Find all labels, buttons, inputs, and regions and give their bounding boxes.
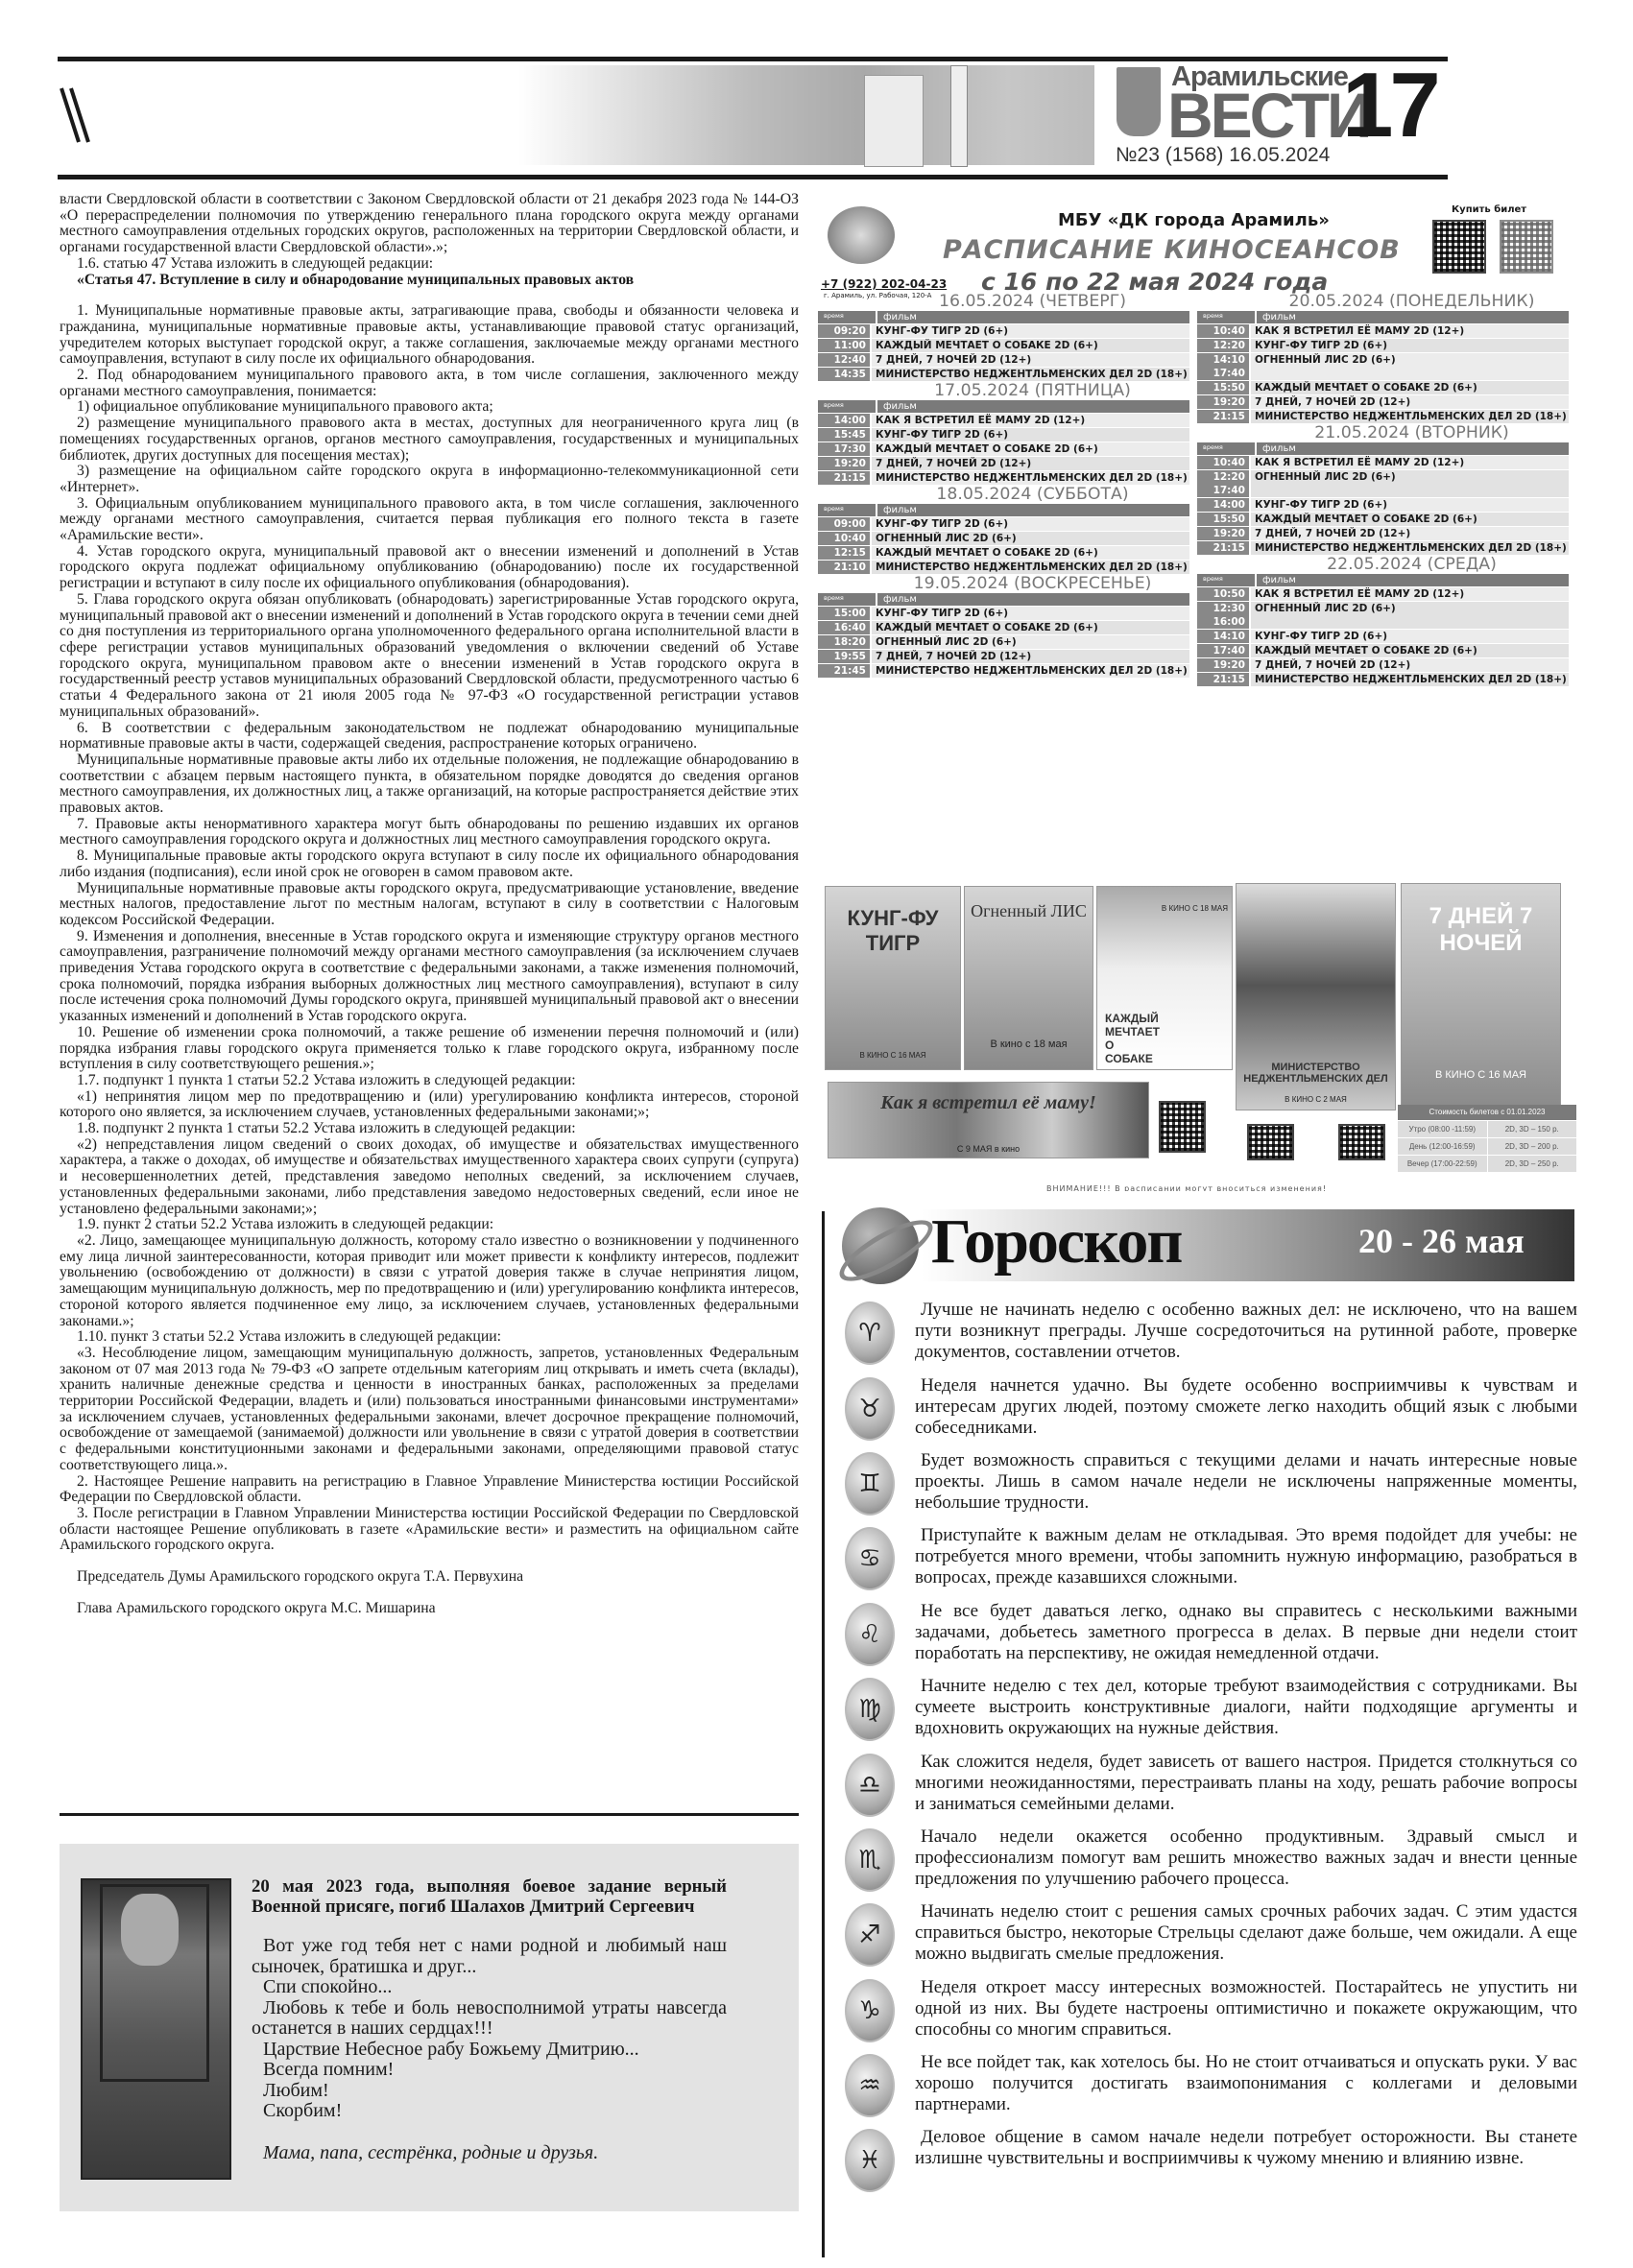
horoscope-text: Будет возможность справиться с текущими … bbox=[915, 1450, 1577, 1514]
film-title: ОГНЕННЫЙ ЛИС 2D (6+) bbox=[1249, 353, 1569, 380]
article-paragraph: 1.7. подпункт 1 пункта 1 статьи 52.2 Уст… bbox=[60, 1073, 799, 1089]
schedule-day-title: 20.05.2024 (ПОНЕДЕЛЬНИК) bbox=[1197, 293, 1569, 311]
schedule-row: 18:20ОГНЕННЫЙ ЛИС 2D (6+) bbox=[818, 635, 1189, 649]
price-value: 2D, 3D – 250 р. bbox=[1488, 1156, 1577, 1172]
showtime: 10:40 bbox=[818, 532, 870, 545]
buy-ticket-qr-code-2[interactable] bbox=[1500, 220, 1553, 274]
decorative-slashes-icon bbox=[60, 86, 117, 144]
article-paragraph: власти Свердловской области в соответств… bbox=[60, 192, 799, 256]
schedule-title: РАСПИСАНИЕ КИНОСЕАНСОВ bbox=[943, 235, 1401, 265]
horoscope-text: Приступайте к важным делам не откладывая… bbox=[915, 1525, 1577, 1588]
schedule-day-title: 21.05.2024 (ВТОРНИК) bbox=[1197, 424, 1569, 442]
time-column-header: время bbox=[1197, 442, 1255, 455]
showtime: 19:55 bbox=[818, 650, 870, 663]
price-value: 2D, 3D – 200 р. bbox=[1488, 1138, 1577, 1155]
film-title: ОГНЕННЫЙ ЛИС 2D (6+) bbox=[870, 532, 1189, 545]
poster-caption: С 9 МАЯ в кино bbox=[832, 1144, 1144, 1154]
film-title: КАЖДЫЙ МЕЧТАЕТ О СОБАКЕ 2D (6+) bbox=[1249, 381, 1569, 394]
memorial-line: Любим! bbox=[252, 2081, 727, 2102]
film-title: 7 ДНЕЙ, 7 НОЧЕЙ 2D (12+) bbox=[1249, 658, 1569, 672]
showtime: 19:20 bbox=[1197, 527, 1249, 540]
buy-ticket-label: Купить билет bbox=[1452, 204, 1526, 215]
article-paragraph: 1.8. подпункт 2 пункта 1 статьи 52.2 Уст… bbox=[60, 1121, 799, 1137]
leo-icon: ♌ bbox=[845, 1603, 895, 1666]
film-title: МИНИСТЕРСТВО НЕДЖЕНТЛЬМЕНСКИХ ДЕЛ 2D (18… bbox=[870, 471, 1189, 485]
virgo-icon: ♍ bbox=[845, 1678, 895, 1741]
memorial-photo bbox=[81, 1878, 231, 2180]
showtime: 15:45 bbox=[818, 428, 870, 442]
film-title: КУНГ-ФУ ТИГР 2D (6+) bbox=[870, 607, 1189, 620]
schedule-row: 21:15МИНИСТЕРСТВО НЕДЖЕНТЛЬМЕНСКИХ ДЕЛ 2… bbox=[1197, 673, 1569, 686]
charter-amendment-article: власти Свердловской области в соответств… bbox=[60, 192, 799, 1616]
schedule-header-row: времяфильм bbox=[1197, 574, 1569, 586]
film-title: МИНИСТЕРСТВО НЕДЖЕНТЛЬМЕНСКИХ ДЕЛ 2D (18… bbox=[870, 368, 1189, 381]
article-paragraph: 3. Официальным опубликованием муниципаль… bbox=[60, 496, 799, 544]
showtime: 19:20 bbox=[1197, 658, 1249, 672]
schedule-row: 17:40КАЖДЫЙ МЕЧТАЕТ О СОБАКЕ 2D (6+) bbox=[1197, 644, 1569, 657]
memorial-notice: 20 мая 2023 года, выполняя боевое задани… bbox=[60, 1844, 799, 2211]
schedule-row: 12:20КУНГ-ФУ ТИГР 2D (6+) bbox=[1197, 339, 1569, 352]
article-paragraph: Муниципальные нормативные правовые акты … bbox=[60, 752, 799, 817]
film-title: КАЖДЫЙ МЕЧТАЕТ О СОБАКЕ 2D (6+) bbox=[870, 339, 1189, 352]
film-title: КАК Я ВСТРЕТИЛ ЕЁ МАМУ 2D (12+) bbox=[1249, 587, 1569, 601]
article-paragraph: 8. Муниципальные правовые акты городског… bbox=[60, 848, 799, 880]
film-title: 7 ДНЕЙ, 7 НОЧЕЙ 2D (12+) bbox=[1249, 527, 1569, 540]
film-title: КАЖДЫЙ МЕЧТАЕТ О СОБАКЕ 2D (6+) bbox=[870, 546, 1189, 560]
schedule-row: 14:10КУНГ-ФУ ТИГР 2D (6+) bbox=[1197, 630, 1569, 643]
schedule-row: 14:10 17:40ОГНЕННЫЙ ЛИС 2D (6+) bbox=[1197, 353, 1569, 380]
schedule-column-right: 20.05.2024 (ПОНЕДЕЛЬНИК)времяфильм10:40К… bbox=[1197, 293, 1569, 687]
film-title: МИНИСТЕРСТВО НЕДЖЕНТЛЬМЕНСКИХ ДЕЛ 2D (18… bbox=[870, 664, 1189, 678]
schedule-row: 16:40КАЖДЫЙ МЕЧТАЕТ О СОБАКЕ 2D (6+) bbox=[818, 621, 1189, 634]
schedule-header-row: времяфильм bbox=[818, 400, 1189, 413]
poster-title: 7 ДНЕЙ 7 НОЧЕЙ bbox=[1405, 903, 1556, 957]
schedule-row: 10:40ОГНЕННЫЙ ЛИС 2D (6+) bbox=[818, 532, 1189, 545]
showtime: 16:40 bbox=[818, 621, 870, 634]
article-paragraph: 5. Глава городского округа обязан опубли… bbox=[60, 592, 799, 721]
panorama-cinema-logo bbox=[828, 206, 895, 264]
schedule-header-row: времяфильм bbox=[1197, 311, 1569, 323]
article-paragraph: 3) размещение на официальном сайте город… bbox=[60, 464, 799, 495]
schedule-row: 10:50КАК Я ВСТРЕТИЛ ЕЁ МАМУ 2D (12+) bbox=[1197, 587, 1569, 601]
film-column-header: фильм bbox=[1255, 442, 1569, 455]
showtime: 21:15 bbox=[1197, 673, 1249, 686]
showtime: 12:30 16:00 bbox=[1197, 602, 1249, 629]
article-paragraph: 6. В соответствии с федеральным законода… bbox=[60, 721, 799, 752]
taurus-icon: ♉ bbox=[845, 1377, 895, 1441]
pisces-icon: ♓ bbox=[845, 2129, 895, 2192]
showtime: 18:20 bbox=[818, 635, 870, 649]
showtime: 14:00 bbox=[1197, 498, 1249, 512]
article-paragraph: 1) официальное опубликование муниципальн… bbox=[60, 399, 799, 416]
issue-number: №23 (1568) 16.05.2024 bbox=[1116, 144, 1330, 167]
price-period: День (12:00-16:59) bbox=[1398, 1138, 1487, 1155]
aries-icon: ♈ bbox=[845, 1301, 895, 1365]
poster-title: Как я встретил её маму! bbox=[832, 1092, 1144, 1114]
memorial-line: Спи спокойно... bbox=[252, 1977, 727, 1998]
schedule-header-row: времяфильм bbox=[818, 593, 1189, 606]
schedule-header-row: времяфильм bbox=[818, 504, 1189, 516]
time-column-header: время bbox=[818, 400, 876, 413]
time-column-header: время bbox=[818, 311, 876, 323]
poster-7-days-7-nights[interactable]: 7 ДНЕЙ 7 НОЧЕЙ В КИНО С 16 МАЯ bbox=[1401, 883, 1561, 1110]
schedule-day-title: 16.05.2024 (ЧЕТВЕРГ) bbox=[818, 293, 1189, 311]
price-table-title: Стоимость билетов с 01.01.2023 bbox=[1398, 1105, 1576, 1120]
film-title: МИНИСТЕРСТВО НЕДЖЕНТЛЬМЕНСКИХ ДЕЛ 2D (18… bbox=[870, 561, 1189, 574]
showtime: 12:40 bbox=[818, 353, 870, 367]
schedule-row: 21:15МИНИСТЕРСТВО НЕДЖЕНТЛЬМЕНСКИХ ДЕЛ 2… bbox=[1197, 541, 1569, 555]
showtime: 14:00 bbox=[818, 414, 870, 427]
schedule-row: 09:00КУНГ-ФУ ТИГР 2D (6+) bbox=[818, 517, 1189, 531]
poster-caption: В КИНО С 16 МАЯ bbox=[1405, 1069, 1556, 1081]
ticket-price-table: Стоимость билетов с 01.01.2023 Утро (08:… bbox=[1398, 1105, 1576, 1173]
bell-tower-illustration bbox=[950, 65, 968, 167]
film-title: КУНГ-ФУ ТИГР 2D (6+) bbox=[870, 324, 1189, 338]
schedule-row: 21:10МИНИСТЕРСТВО НЕДЖЕНТЛЬМЕНСКИХ ДЕЛ 2… bbox=[818, 561, 1189, 574]
buy-ticket-qr-code-1[interactable] bbox=[1432, 220, 1486, 274]
horoscope-text: Неделя начнется удачно. Вы будете особен… bbox=[915, 1375, 1577, 1439]
schedule-row: 15:50КАЖДЫЙ МЕЧТАЕТ О СОБАКЕ 2D (6+) bbox=[1197, 381, 1569, 394]
film-column-header: фильм bbox=[876, 504, 1189, 516]
cinema-schedule: +7 (922) 202-04-23 г. Арамиль, ул. Рабоч… bbox=[818, 195, 1572, 876]
poster-caption: В кино с 18 мая bbox=[969, 1039, 1089, 1050]
showtime: 21:45 bbox=[818, 664, 870, 678]
poster-title: Огненный ЛИС bbox=[969, 901, 1089, 921]
schedule-row: 21:15МИНИСТЕРСТВО НЕДЖЕНТЛЬМЕНСКИХ ДЕЛ 2… bbox=[1197, 410, 1569, 423]
schedule-row: 19:207 ДНЕЙ, 7 НОЧЕЙ 2D (12+) bbox=[1197, 527, 1569, 540]
horoscope-text: Деловое общение в самом начале недели по… bbox=[915, 2127, 1577, 2169]
schedule-row: 12:30 16:00ОГНЕННЫЙ ЛИС 2D (6+) bbox=[1197, 602, 1569, 629]
scorpio-icon: ♏ bbox=[845, 1828, 895, 1892]
film-column-header: фильм bbox=[876, 593, 1189, 606]
showtime: 19:20 bbox=[818, 457, 870, 470]
horoscope-left-rule bbox=[822, 1211, 825, 2257]
page-number: 17 bbox=[1342, 60, 1437, 152]
showtime: 09:20 bbox=[818, 324, 870, 338]
showtime: 17:40 bbox=[1197, 644, 1249, 657]
showtime: 21:15 bbox=[818, 471, 870, 485]
memorial-line: Всегда помним! bbox=[252, 2060, 727, 2081]
showtime: 15:50 bbox=[1197, 513, 1249, 526]
film-column-header: фильм bbox=[1255, 311, 1569, 323]
schedule-header-row: времяфильм bbox=[818, 311, 1189, 323]
time-column-header: время bbox=[818, 504, 876, 516]
schedule-row: 19:557 ДНЕЙ, 7 НОЧЕЙ 2D (12+) bbox=[818, 650, 1189, 663]
schedule-row: 15:00КУНГ-ФУ ТИГР 2D (6+) bbox=[818, 607, 1189, 620]
poster-caption: В КИНО С 16 МАЯ bbox=[829, 1051, 956, 1060]
showtime: 21:10 bbox=[818, 561, 870, 574]
sagittarius-icon: ♐ bbox=[845, 1903, 895, 1967]
article-paragraph: 3. После регистрации в Главном Управлени… bbox=[60, 1506, 799, 1554]
schedule-row: 10:40КАК Я ВСТРЕТИЛ ЕЁ МАМУ 2D (12+) bbox=[1197, 456, 1569, 469]
time-column-header: время bbox=[1197, 574, 1255, 586]
showtime: 17:30 bbox=[818, 442, 870, 456]
schedule-row: 14:00КУНГ-ФУ ТИГР 2D (6+) bbox=[1197, 498, 1569, 512]
schedule-row: 12:20 17:40ОГНЕННЫЙ ЛИС 2D (6+) bbox=[1197, 470, 1569, 497]
showtime: 15:50 bbox=[1197, 381, 1249, 394]
article-paragraph: 1.6. статью 47 Устава изложить в следующ… bbox=[60, 256, 799, 273]
article-paragraph: «Статья 47. Вступление в силу и обнародо… bbox=[60, 273, 799, 289]
showtime: 14:10 17:40 bbox=[1197, 353, 1249, 380]
schedule-row: 14:35МИНИСТЕРСТВО НЕДЖЕНТЛЬМЕНСКИХ ДЕЛ 2… bbox=[818, 368, 1189, 381]
schedule-row: 19:207 ДНЕЙ, 7 НОЧЕЙ 2D (12+) bbox=[1197, 395, 1569, 409]
newspaper-name-line2: ВЕСТИ bbox=[1167, 79, 1369, 152]
schedule-row: 14:00КАК Я ВСТРЕТИЛ ЕЁ МАМУ 2D (12+) bbox=[818, 414, 1189, 427]
film-title: 7 ДНЕЙ, 7 НОЧЕЙ 2D (12+) bbox=[1249, 395, 1569, 409]
film-title: КАК Я ВСТРЕТИЛ ЕЁ МАМУ 2D (12+) bbox=[1249, 456, 1569, 469]
schedule-row: 12:15КАЖДЫЙ МЕЧТАЕТ О СОБАКЕ 2D (6+) bbox=[818, 546, 1189, 560]
showtime: 12:20 bbox=[1197, 339, 1249, 352]
memorial-title: 20 мая 2023 года, выполняя боевое задани… bbox=[252, 1876, 727, 1917]
film-title: ОГНЕННЫЙ ЛИС 2D (6+) bbox=[1249, 602, 1569, 629]
price-row: Утро (08:00 -11:59)2D, 3D – 150 р. bbox=[1398, 1121, 1576, 1137]
film-title: 7 ДНЕЙ, 7 НОЧЕЙ 2D (12+) bbox=[870, 457, 1189, 470]
schedule-row: 11:00КАЖДЫЙ МЕЧТАЕТ О СОБАКЕ 2D (6+) bbox=[818, 339, 1189, 352]
price-row: Вечер (17:00-22:59)2D, 3D – 250 р. bbox=[1398, 1156, 1576, 1172]
portrait bbox=[121, 1894, 179, 1966]
schedule-row: 15:50КАЖДЫЙ МЕЧТАЕТ О СОБАКЕ 2D (6+) bbox=[1197, 513, 1569, 526]
film-title: КАЖДЫЙ МЕЧТАЕТ О СОБАКЕ 2D (6+) bbox=[870, 621, 1189, 634]
article-paragraph: 10. Решение об изменении срока полномочи… bbox=[60, 1025, 799, 1073]
film-column-header: фильм bbox=[876, 400, 1189, 413]
showtime: 10:40 bbox=[1197, 456, 1249, 469]
signature-chair: Председатель Думы Арамильского городског… bbox=[60, 1569, 799, 1586]
film-title: КУНГ-ФУ ТИГР 2D (6+) bbox=[1249, 630, 1569, 643]
section-divider bbox=[60, 1813, 799, 1816]
schedule-row: 17:30КАЖДЫЙ МЕЧТАЕТ О СОБАКЕ 2D (6+) bbox=[818, 442, 1189, 456]
film-title: КУНГ-ФУ ТИГР 2D (6+) bbox=[1249, 339, 1569, 352]
memorial-line: Любовь к тебе и боль невосполнимой утрат… bbox=[252, 1998, 727, 2040]
film-title: КАК Я ВСТРЕТИЛ ЕЁ МАМУ 2D (12+) bbox=[870, 414, 1189, 427]
film-title: 7 ДНЕЙ, 7 НОЧЕЙ 2D (12+) bbox=[870, 650, 1189, 663]
article-paragraph: «2. Лицо, замещающее муниципальную должн… bbox=[60, 1233, 799, 1329]
film-title: МИНИСТЕРСТВО НЕДЖЕНТЛЬМЕНСКИХ ДЕЛ 2D (18… bbox=[1249, 410, 1569, 423]
schedule-row: 19:207 ДНЕЙ, 7 НОЧЕЙ 2D (12+) bbox=[1197, 658, 1569, 672]
poster-how-i-met-her-mom[interactable]: Как я встретил её маму! С 9 МАЯ в кино bbox=[828, 1082, 1149, 1158]
poster-caption: В КИНО С 18 МАЯ bbox=[1101, 904, 1228, 913]
horoscope-text: Не все будет даваться легко, однако вы с… bbox=[915, 1601, 1577, 1664]
church-illustration bbox=[864, 75, 924, 167]
article-paragraph: 2) размещение муниципального правового а… bbox=[60, 416, 799, 464]
poster-fire-fox[interactable]: Огненный ЛИС В кино с 18 мая bbox=[964, 886, 1093, 1070]
header-town-photo bbox=[518, 65, 1094, 165]
film-title: МИНИСТЕРСТВО НЕДЖЕНТЛЬМЕНСКИХ ДЕЛ 2D (18… bbox=[1249, 673, 1569, 686]
article-paragraph: 9. Изменения и дополнения, внесенные в У… bbox=[60, 929, 799, 1025]
article-paragraph: 4. Устав городского округа, муниципальны… bbox=[60, 544, 799, 592]
cancer-icon: ♋ bbox=[845, 1527, 895, 1590]
horoscope-text: Начало недели окажется особенно продукти… bbox=[915, 1826, 1577, 1890]
horoscope-text: Лучше не начинать неделю с особенно важн… bbox=[915, 1300, 1577, 1363]
schedule-row: 19:207 ДНЕЙ, 7 НОЧЕЙ 2D (12+) bbox=[818, 457, 1189, 470]
town-crest-icon bbox=[1117, 67, 1161, 136]
poster-title: МИНИСТЕРСТВО НЕДЖЕНТЛЬМЕНСКИХ ДЕЛ bbox=[1240, 1062, 1391, 1085]
schedule-column-left: 16.05.2024 (ЧЕТВЕРГ)времяфильм09:20КУНГ-… bbox=[818, 293, 1189, 679]
showtime: 21:15 bbox=[1197, 541, 1249, 555]
horoscope-text: Как сложится неделя, будет зависеть от в… bbox=[915, 1752, 1577, 1815]
article-paragraph: 7. Правовые акты ненормативного характер… bbox=[60, 817, 799, 848]
horoscope-text: Начните неделю с тех дел, которые требую… bbox=[915, 1676, 1577, 1739]
showtime: 21:15 bbox=[1197, 410, 1249, 423]
poster-caption: В КИНО С 2 МАЯ bbox=[1240, 1095, 1391, 1104]
film-title: КАЖДЫЙ МЕЧТАЕТ О СОБАКЕ 2D (6+) bbox=[1249, 644, 1569, 657]
film-column-header: фильм bbox=[1255, 574, 1569, 586]
price-period: Утро (08:00 -11:59) bbox=[1398, 1121, 1487, 1137]
gemini-icon: ♊ bbox=[845, 1452, 895, 1516]
article-paragraph: «3. Несоблюдение лицом, замещающим муниц… bbox=[60, 1346, 799, 1474]
memorial-signature: Мама, папа, сестрёнка, родные и друзья. bbox=[252, 2143, 727, 2164]
film-title: ОГНЕННЫЙ ЛИС 2D (6+) bbox=[870, 635, 1189, 649]
article-paragraph: 2. Настоящее Решение направить на регист… bbox=[60, 1474, 799, 1506]
film-column-header: фильм bbox=[876, 311, 1189, 323]
film-title: ОГНЕННЫЙ ЛИС 2D (6+) bbox=[1249, 470, 1569, 497]
article-paragraph: 2. Под обнародованием муниципального пра… bbox=[60, 368, 799, 399]
article-paragraph: Муниципальные нормативные правовые акты … bbox=[60, 881, 799, 929]
showtime: 14:35 bbox=[818, 368, 870, 381]
schedule-row: 09:20КУНГ-ФУ ТИГР 2D (6+) bbox=[818, 324, 1189, 338]
schedule-row: 21:45МИНИСТЕРСТВО НЕДЖЕНТЛЬМЕНСКИХ ДЕЛ 2… bbox=[818, 664, 1189, 678]
schedule-change-notice: ВНИМАНИЕ!!! В расписании могут вноситься… bbox=[1046, 1184, 1574, 1191]
schedule-row: 21:15МИНИСТЕРСТВО НЕДЖЕНТЛЬМЕНСКИХ ДЕЛ 2… bbox=[818, 471, 1189, 485]
film-title: МИНИСТЕРСТВО НЕДЖЕНТЛЬМЕНСКИХ ДЕЛ 2D (18… bbox=[1249, 541, 1569, 555]
film-title: КУНГ-ФУ ТИГР 2D (6+) bbox=[1249, 498, 1569, 512]
film-title: КУНГ-ФУ ТИГР 2D (6+) bbox=[870, 428, 1189, 442]
film-title: КАЖДЫЙ МЕЧТАЕТ О СОБАКЕ 2D (6+) bbox=[1249, 513, 1569, 526]
schedule-row: 15:45КУНГ-ФУ ТИГР 2D (6+) bbox=[818, 428, 1189, 442]
showtime: 19:20 bbox=[1197, 395, 1249, 409]
header-bottom-rule bbox=[58, 175, 1448, 179]
price-period: Вечер (17:00-22:59) bbox=[1398, 1156, 1487, 1172]
horoscope-text: Неделя откроет массу интересных возможно… bbox=[915, 1977, 1577, 2041]
memorial-line: Скорбим! bbox=[252, 2101, 727, 2122]
poster-qr-code-2[interactable] bbox=[1247, 1124, 1294, 1160]
capricorn-icon: ♑ bbox=[845, 1979, 895, 2042]
film-title: КАЖДЫЙ МЕЧТАЕТ О СОБАКЕ 2D (6+) bbox=[870, 442, 1189, 456]
memorial-text: 20 мая 2023 года, выполняя боевое задани… bbox=[252, 1876, 727, 2163]
schedule-row: 12:407 ДНЕЙ, 7 НОЧЕЙ 2D (12+) bbox=[818, 353, 1189, 367]
showtime: 10:50 bbox=[1197, 587, 1249, 601]
schedule-day-title: 22.05.2024 (СРЕДА) bbox=[1197, 556, 1569, 574]
libra-icon: ♎ bbox=[845, 1754, 895, 1817]
article-paragraph: «2) непредставления лицом сведений о сво… bbox=[60, 1137, 799, 1218]
poster-kung-fu-tiger[interactable]: КУНГ-ФУ ТИГР В КИНО С 16 МАЯ bbox=[825, 886, 961, 1070]
article-paragraph: 1.9. пункт 2 статьи 52.2 Устава изложить… bbox=[60, 1217, 799, 1233]
cinema-phone[interactable]: +7 (922) 202-04-23 bbox=[821, 277, 947, 291]
schedule-day-title: 17.05.2024 (ПЯТНИЦА) bbox=[818, 382, 1189, 400]
horoscope-date-range: 20 - 26 мая bbox=[1358, 1221, 1525, 1261]
aquarius-icon: ♒ bbox=[845, 2054, 895, 2117]
schedule-day-title: 19.05.2024 (ВОСКРЕСЕНЬЕ) bbox=[818, 575, 1189, 593]
showtime: 10:40 bbox=[1197, 324, 1249, 338]
film-title: КУНГ-ФУ ТИГР 2D (6+) bbox=[870, 517, 1189, 531]
horoscope-text: Начинать неделю стоит с решения самых ср… bbox=[915, 1901, 1577, 1965]
film-title: 7 ДНЕЙ, 7 НОЧЕЙ 2D (12+) bbox=[870, 353, 1189, 367]
poster-qr-code-3[interactable] bbox=[1338, 1124, 1385, 1160]
poster-title: КАЖДЫЙ МЕЧТАЕТ О СОБАКЕ bbox=[1105, 1012, 1163, 1065]
poster-qr-code-1[interactable] bbox=[1159, 1101, 1206, 1153]
signature-head: Глава Арамильского городского округа М.С… bbox=[60, 1601, 799, 1617]
schedule-day-title: 18.05.2024 (СУББОТА) bbox=[818, 486, 1189, 504]
time-column-header: время bbox=[818, 593, 876, 606]
showtime: 12:20 17:40 bbox=[1197, 470, 1249, 497]
article-paragraph: 1.10. пункт 3 статьи 52.2 Устава изложит… bbox=[60, 1329, 799, 1346]
price-row: День (12:00-16:59)2D, 3D – 200 р. bbox=[1398, 1138, 1576, 1155]
showtime: 11:00 bbox=[818, 339, 870, 352]
schedule-header-row: времяфильм bbox=[1197, 442, 1569, 455]
showtime: 15:00 bbox=[818, 607, 870, 620]
poster-ministry-of-ungentlemanly-warfare[interactable]: МИНИСТЕРСТВО НЕДЖЕНТЛЬМЕНСКИХ ДЕЛ В КИНО… bbox=[1236, 883, 1396, 1110]
memorial-line: Царствие Небесное рабу Божьему Дмитрию..… bbox=[252, 2040, 727, 2061]
horoscope-text: Не все пойдет так, как хотелось бы. Но н… bbox=[915, 2052, 1577, 2115]
article-paragraph: 1. Муниципальные нормативные правовые ак… bbox=[60, 303, 799, 368]
memorial-line: Вот уже год тебя нет с нами родной и люб… bbox=[252, 1936, 727, 1977]
price-value: 2D, 3D – 150 р. bbox=[1488, 1121, 1577, 1137]
poster-title: КУНГ-ФУ ТИГР bbox=[829, 906, 956, 956]
poster-everyone-dreams-of-dog[interactable]: КАЖДЫЙ МЕЧТАЕТ О СОБАКЕ В КИНО С 18 МАЯ bbox=[1096, 886, 1233, 1070]
schedule-row: 10:40КАК Я ВСТРЕТИЛ ЕЁ МАМУ 2D (12+) bbox=[1197, 324, 1569, 338]
film-title: КАК Я ВСТРЕТИЛ ЕЁ МАМУ 2D (12+) bbox=[1249, 324, 1569, 338]
time-column-header: время bbox=[1197, 311, 1255, 323]
showtime: 12:15 bbox=[818, 546, 870, 560]
article-paragraph: «1) непринятия лицом мер по предотвращен… bbox=[60, 1089, 799, 1121]
cinema-organization: МБУ «ДК города Арамиль» bbox=[1058, 210, 1330, 230]
horoscope-title: Гороскоп bbox=[931, 1206, 1181, 1278]
showtime: 09:00 bbox=[818, 517, 870, 531]
showtime: 14:10 bbox=[1197, 630, 1249, 643]
